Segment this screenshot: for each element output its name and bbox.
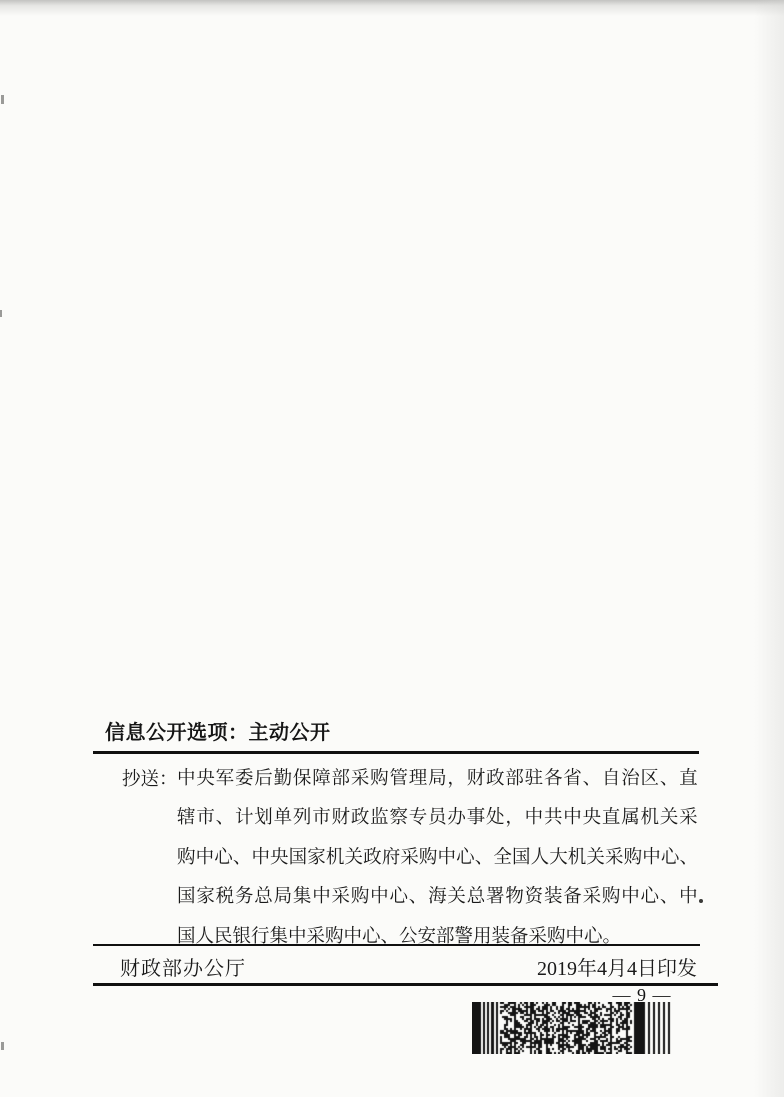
colophon-rule-middle xyxy=(93,944,700,946)
cc-list: 中央军委后勤保障部采购管理局，财政部驻各省、自治区、直 辖市、计划单列市财政监察… xyxy=(177,760,698,957)
colophon-rule-top xyxy=(93,751,699,754)
cc-line: 购中心、中央国家机关政府采购中心、全国人大机关采购中心、 xyxy=(177,839,698,878)
cc-line: 中央军委后勤保障部采购管理局，财政部驻各省、自治区、直 xyxy=(177,760,698,799)
disclosure-note: 信息公开选项：主动公开 xyxy=(105,720,331,747)
cc-label: 抄送： xyxy=(122,769,178,791)
cc-line: 国家税务总局集中采购中心、海关总署物资装备采购中心、中 xyxy=(177,878,698,917)
issuing-office: 财政部办公厅 xyxy=(120,956,246,982)
scan-speck xyxy=(0,310,2,317)
scan-speck xyxy=(1,1042,4,1050)
scan-speck xyxy=(1,95,4,104)
document-barcode xyxy=(472,1002,672,1054)
scan-edge-artifact-right xyxy=(754,0,784,1097)
document-page: 信息公开选项：主动公开 抄送： 中央军委后勤保障部采购管理局，财政部驻各省、自治… xyxy=(0,0,784,1097)
cc-line: 辖市、计划单列市财政监察专员办事处，中共中央直属机关采 xyxy=(177,799,698,838)
cc-line: 国人民银行集中采购中心、公安部警用装备采购中心。 xyxy=(177,918,698,957)
scan-edge-artifact-top xyxy=(0,0,784,16)
print-date: 2019年4月4日印发 xyxy=(537,956,697,982)
scan-speck xyxy=(699,899,703,903)
